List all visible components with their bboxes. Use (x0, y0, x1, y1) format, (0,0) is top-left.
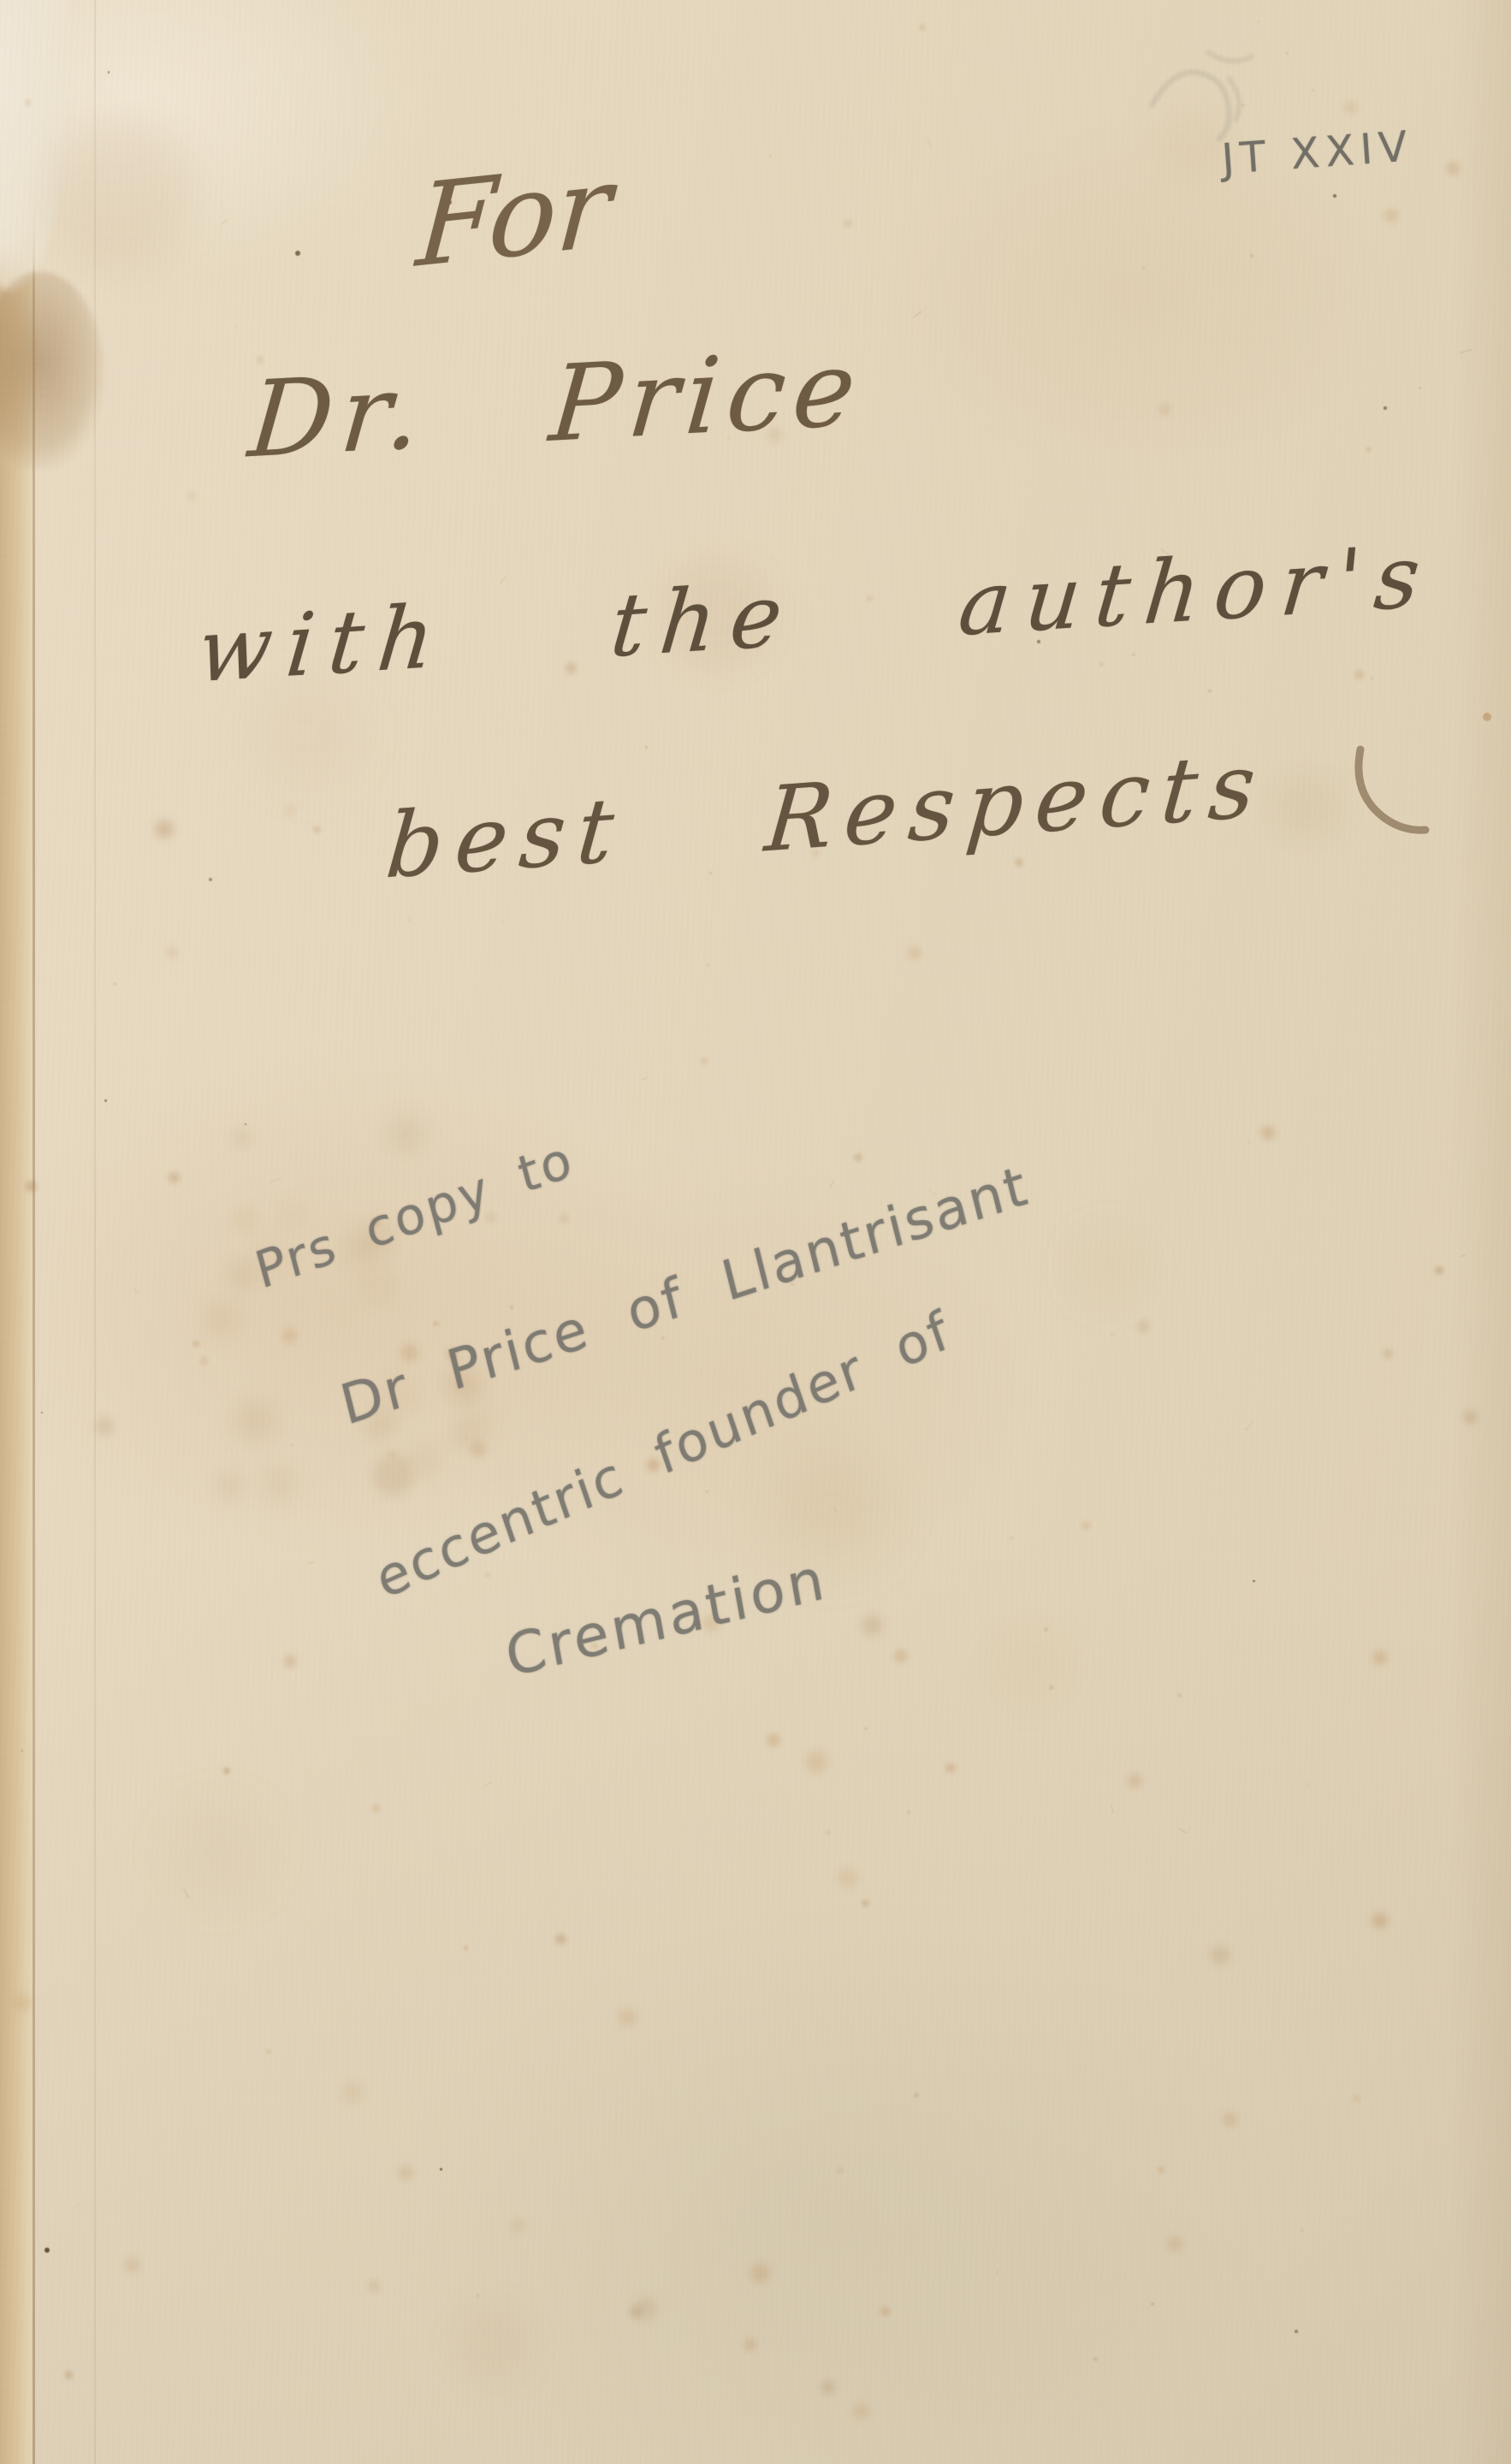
book-page-scan: For Dr. Price with the author's best Res… (0, 0, 1511, 2464)
ink-inscription-line-1: For (413, 139, 616, 293)
